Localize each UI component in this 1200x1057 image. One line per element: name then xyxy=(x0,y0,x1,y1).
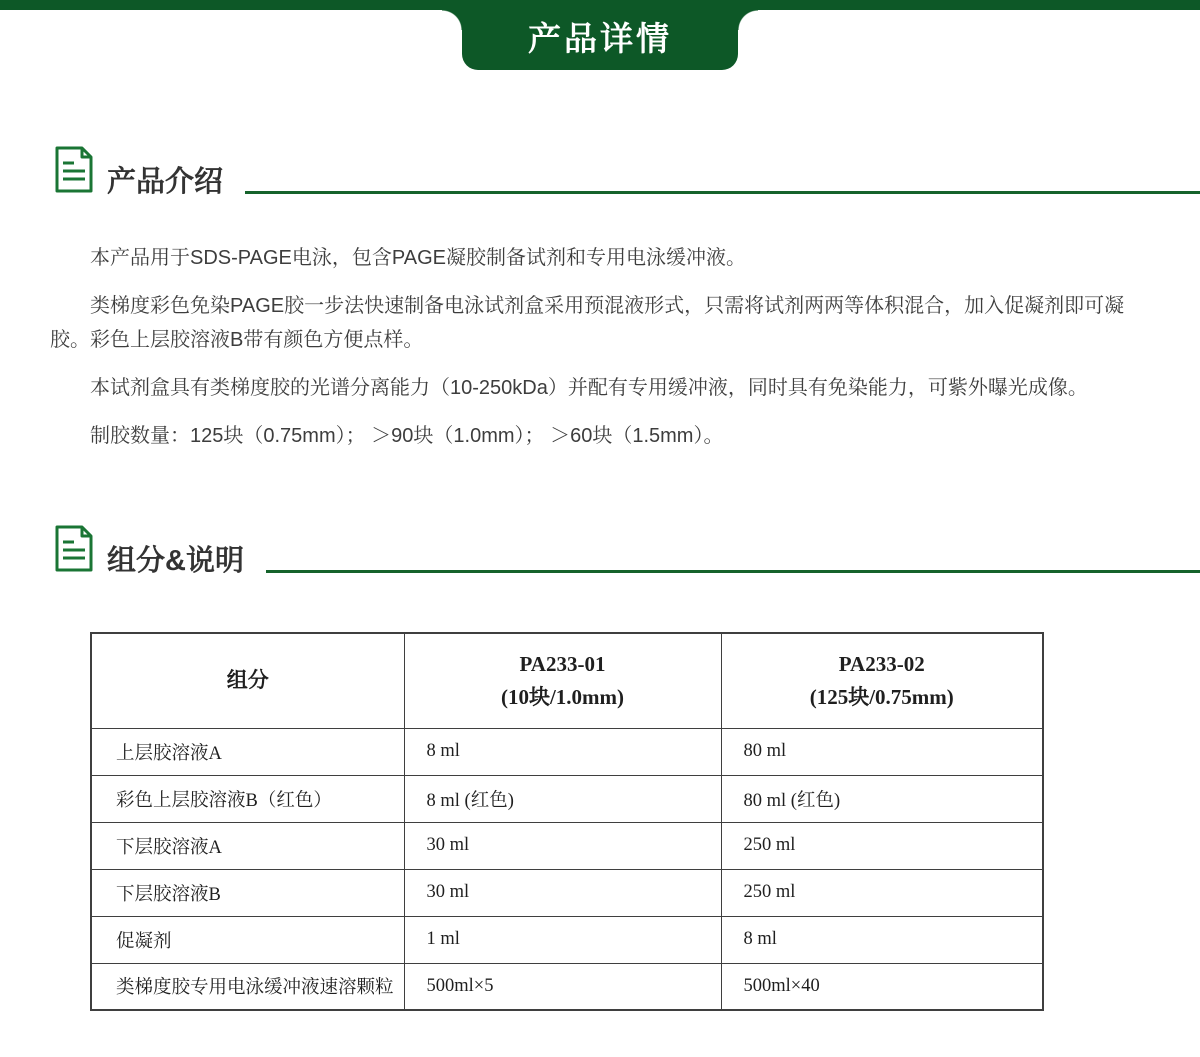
intro-paragraph: 本产品用于SDS-PAGE电泳，包含PAGE凝胶制备试剂和专用电泳缓冲液。 xyxy=(50,241,1152,275)
component-name: 类梯度胶专用电泳缓冲液速溶颗粒 xyxy=(91,963,404,1010)
table-row: 促凝剂 1 ml 8 ml xyxy=(91,916,1043,963)
pa233-01-value: 30 ml xyxy=(404,869,721,916)
table-row: 彩色上层胶溶液B（红色） 8 ml (红色) 80 ml (红色) xyxy=(91,775,1043,822)
column-header-pa233-02: PA233-02 (125块/0.75mm) xyxy=(721,633,1043,728)
component-name: 促凝剂 xyxy=(91,916,404,963)
column-header-line: (10块/1.0mm) xyxy=(405,681,721,714)
pa233-01-value: 30 ml xyxy=(404,822,721,869)
banner-tab: 产品详情 xyxy=(462,0,738,70)
column-header-pa233-01: PA233-01 (10块/1.0mm) xyxy=(404,633,721,728)
table-row: 上层胶溶液A 8 ml 80 ml xyxy=(91,728,1043,775)
page-title: 产品详情 xyxy=(528,13,672,60)
section-title-components: 组分&说明 xyxy=(107,546,244,578)
document-icon xyxy=(55,146,93,198)
heading-underline xyxy=(245,191,1200,194)
table-row: 下层胶溶液A 30 ml 250 ml xyxy=(91,822,1043,869)
pa233-01-value: 8 ml xyxy=(404,728,721,775)
components-table: 组分 PA233-01 (10块/1.0mm) PA233-02 (125块/0… xyxy=(90,632,1044,1011)
intro-paragraphs: 本产品用于SDS-PAGE电泳，包含PAGE凝胶制备试剂和专用电泳缓冲液。 类梯… xyxy=(50,241,1152,453)
column-header-line: PA233-01 xyxy=(405,648,721,681)
table-row: 类梯度胶专用电泳缓冲液速溶颗粒 500ml×5 500ml×40 xyxy=(91,963,1043,1010)
component-name: 下层胶溶液B xyxy=(91,869,404,916)
section-title-intro: 产品介绍 xyxy=(107,167,223,199)
banner-tab-left-fillet xyxy=(442,10,462,30)
intro-paragraph: 类梯度彩色免染PAGE胶一步法快速制备电泳试剂盒采用预混液形式，只需将试剂两两等… xyxy=(50,289,1152,357)
pa233-02-value: 80 ml xyxy=(721,728,1043,775)
column-header-line: (125块/0.75mm) xyxy=(722,681,1043,714)
pa233-02-value: 8 ml xyxy=(721,916,1043,963)
pa233-02-value: 80 ml (红色) xyxy=(721,775,1043,822)
heading-underline xyxy=(266,570,1200,573)
pa233-02-value: 250 ml xyxy=(721,869,1043,916)
component-name: 彩色上层胶溶液B（红色） xyxy=(91,775,404,822)
banner-tab-right-fillet xyxy=(738,10,758,30)
pa233-02-value: 500ml×40 xyxy=(721,963,1043,1010)
pa233-01-value: 500ml×5 xyxy=(404,963,721,1010)
document-icon xyxy=(55,525,93,577)
pa233-01-value: 1 ml xyxy=(404,916,721,963)
component-name: 下层胶溶液A xyxy=(91,822,404,869)
table-header-row: 组分 PA233-01 (10块/1.0mm) PA233-02 (125块/0… xyxy=(91,633,1043,728)
pa233-01-value: 8 ml (红色) xyxy=(404,775,721,822)
pa233-02-value: 250 ml xyxy=(721,822,1043,869)
section-heading-components: 组分&说明 xyxy=(55,467,1200,578)
component-name: 上层胶溶液A xyxy=(91,728,404,775)
column-header-component: 组分 xyxy=(91,633,404,728)
intro-paragraph: 本试剂盒具有类梯度胶的光谱分离能力（10-250kDa）并配有专用缓冲液，同时具… xyxy=(50,371,1152,405)
table-row: 下层胶溶液B 30 ml 250 ml xyxy=(91,869,1043,916)
intro-paragraph: 制胶数量：125块（0.75mm）； ＞90块（1.0mm）； ＞60块（1.5… xyxy=(50,419,1152,453)
column-header-line: PA233-02 xyxy=(722,648,1043,681)
